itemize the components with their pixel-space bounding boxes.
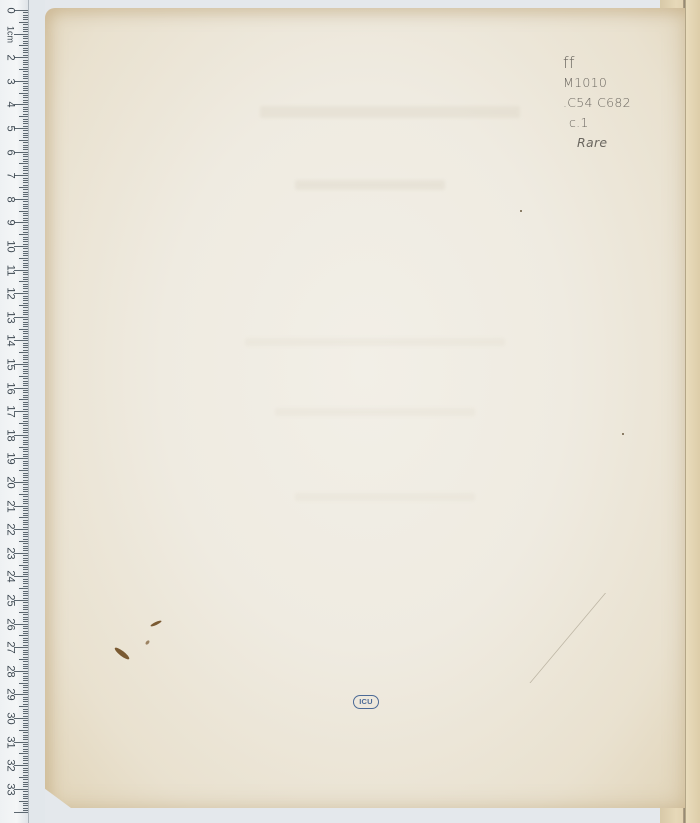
ruler-tick	[23, 156, 28, 157]
ruler-tick	[23, 572, 28, 573]
ruler-tick	[23, 149, 28, 150]
ruler-tick	[23, 277, 28, 278]
ruler-tick	[23, 550, 28, 551]
ruler-tick	[23, 583, 28, 584]
ruler-tick	[23, 444, 28, 445]
ruler-tick	[23, 791, 28, 792]
ruler-tick	[19, 423, 28, 424]
ruler-tick	[23, 609, 28, 610]
ruler-tick	[23, 692, 28, 693]
ruler-label: 20	[5, 474, 16, 492]
ruler-tick	[23, 440, 28, 441]
ruler-tick	[23, 185, 28, 186]
ruler-tick	[23, 560, 28, 561]
ruler-tick	[23, 461, 28, 462]
ruler-tick	[23, 347, 28, 348]
ruler-tick	[23, 513, 28, 514]
ruler-tick	[23, 52, 28, 53]
ruler-tick	[23, 310, 28, 311]
ruler-tick	[23, 574, 28, 575]
ruler-tick	[23, 711, 28, 712]
ruler-tick	[23, 704, 28, 705]
ruler-tick	[23, 491, 28, 492]
ruler-tick	[19, 399, 28, 400]
ruler-tick	[23, 437, 28, 438]
ruler-tick	[23, 520, 28, 521]
ruler-tick	[19, 93, 28, 94]
ruler-tick	[23, 650, 28, 651]
ruler-tick	[23, 454, 28, 455]
ruler-label: 33	[5, 780, 16, 798]
ruler-tick	[23, 362, 28, 363]
ruler-tick	[23, 397, 28, 398]
ruler-tick	[23, 263, 28, 264]
ruler-tick	[23, 569, 28, 570]
scan-background	[29, 0, 45, 823]
ruler-label: 4	[5, 96, 16, 114]
ruler-tick	[23, 409, 28, 410]
ruler-tick	[23, 720, 28, 721]
ruler-tick	[23, 123, 28, 124]
handwritten-call-number: ff M1010 .C54 C682 c.1 Rare	[563, 53, 673, 153]
ruler-label: 19	[5, 450, 16, 468]
ruler-tick	[19, 69, 28, 70]
ruler-tick	[23, 208, 28, 209]
ruler-tick	[23, 114, 28, 115]
ruler-tick	[23, 602, 28, 603]
ruler-tick	[23, 29, 28, 30]
ruler-label: 15	[5, 356, 16, 374]
ruler-label: 26	[5, 615, 16, 633]
ruler-tick	[23, 64, 28, 65]
ruler-label: 10	[5, 238, 16, 256]
ruler-tick	[19, 140, 28, 141]
ruler-label: 14	[5, 332, 16, 350]
ruler-tick	[23, 416, 28, 417]
ruler-tick	[23, 126, 28, 127]
ruler-tick	[23, 628, 28, 629]
ruler-tick	[23, 260, 28, 261]
ruler-label: 31	[5, 733, 16, 751]
ruler-tick	[23, 255, 28, 256]
ruler-tick	[23, 749, 28, 750]
ruler-tick	[23, 642, 28, 643]
ruler-tick	[23, 279, 28, 280]
ruler-tick	[23, 248, 28, 249]
ruler-tick	[23, 735, 28, 736]
ruler-tick	[23, 633, 28, 634]
ruler-tick	[23, 430, 28, 431]
ruler-tick	[23, 456, 28, 457]
ruler-tick	[23, 779, 28, 780]
ruler-tick	[23, 36, 28, 37]
ruler-tick	[19, 777, 28, 778]
ruler-tick	[23, 499, 28, 500]
ruler-tick	[23, 204, 28, 205]
ruler-tick	[23, 201, 28, 202]
ruler-tick	[23, 770, 28, 771]
ruler-tick	[23, 196, 28, 197]
ruler-tick	[23, 515, 28, 516]
ruler-tick	[23, 303, 28, 304]
ruler-label: 32	[5, 757, 16, 775]
ruler-tick	[23, 676, 28, 677]
ruler-tick	[23, 213, 28, 214]
ruler-tick	[23, 678, 28, 679]
ruler-tick	[19, 730, 28, 731]
ruler-tick	[23, 737, 28, 738]
ruler-tick	[23, 336, 28, 337]
ruler-tick	[23, 567, 28, 568]
ruler-tick	[23, 296, 28, 297]
ruler-tick	[23, 133, 28, 134]
ruler-tick	[19, 234, 28, 235]
ruler-tick	[23, 331, 28, 332]
ruler-tick	[23, 267, 28, 268]
ruler-label: 17	[5, 403, 16, 421]
ruler-tick	[23, 390, 28, 391]
show-through-title	[260, 106, 520, 118]
library-stamp: ICU	[353, 695, 379, 709]
ruler-tick	[23, 591, 28, 592]
ruler-tick	[23, 109, 28, 110]
ruler-tick	[23, 237, 28, 238]
ruler-tick	[23, 322, 28, 323]
ruler-tick	[23, 607, 28, 608]
ruler-tick	[19, 22, 28, 23]
ruler-tick	[23, 378, 28, 379]
ruler-tick	[19, 565, 28, 566]
ruler-tick	[19, 635, 28, 636]
ruler-tick	[19, 352, 28, 353]
ruler-tick	[19, 163, 28, 164]
ruler-tick	[23, 43, 28, 44]
ruler-tick	[23, 272, 28, 273]
ruler-tick	[23, 442, 28, 443]
ruler-tick	[23, 314, 28, 315]
ruler-tick	[23, 76, 28, 77]
ruler-tick	[23, 324, 28, 325]
ruler-label: 23	[5, 544, 16, 562]
ruler-tick	[19, 517, 28, 518]
ruler-tick	[23, 357, 28, 358]
ruler-tick	[23, 119, 28, 120]
ruler-tick	[23, 71, 28, 72]
ruler-tick	[23, 229, 28, 230]
ruler-label: 25	[5, 592, 16, 610]
ruler-tick	[23, 716, 28, 717]
ruler-tick	[23, 756, 28, 757]
ruler-tick	[19, 447, 28, 448]
ruler-tick	[23, 170, 28, 171]
ruler-tick	[23, 67, 28, 68]
ruler-tick	[23, 74, 28, 75]
ruler-tick	[23, 19, 28, 20]
ruler-tick	[23, 218, 28, 219]
ruler-label: 22	[5, 521, 16, 539]
ruler-tick	[23, 371, 28, 372]
ruler-tick	[19, 588, 28, 589]
ruler-tick	[23, 451, 28, 452]
ruler-tick	[23, 88, 28, 89]
ruler-tick	[23, 15, 28, 16]
ruler-tick	[23, 605, 28, 606]
ruler-tick	[23, 350, 28, 351]
ruler-tick	[23, 432, 28, 433]
ruler-tick	[23, 763, 28, 764]
ruler-tick	[23, 135, 28, 136]
ruler-tick	[23, 725, 28, 726]
ruler-tick	[23, 48, 28, 49]
ruler-tick	[23, 369, 28, 370]
ruler-tick	[23, 796, 28, 797]
ruler-label: 30	[5, 710, 16, 728]
ruler-tick	[23, 508, 28, 509]
ruler-tick	[23, 621, 28, 622]
ruler-tick	[19, 116, 28, 117]
ruler-tick	[23, 326, 28, 327]
ruler-tick	[23, 239, 28, 240]
ruler-tick	[23, 17, 28, 18]
ruler-tick	[23, 501, 28, 502]
ruler-tick	[23, 373, 28, 374]
show-through-line	[245, 338, 505, 346]
measurement-ruler: 01cm234567891011121314151617181920212223…	[0, 0, 29, 823]
ruler-tick	[23, 166, 28, 167]
ruler-tick	[23, 333, 28, 334]
ruler-tick	[23, 168, 28, 169]
call-number-line: c.1	[563, 113, 673, 133]
ruler-tick	[23, 251, 28, 252]
ruler-tick	[23, 12, 28, 13]
ruler-tick	[23, 130, 28, 131]
ruler-tick	[23, 31, 28, 32]
ruler-tick	[23, 274, 28, 275]
ruler-tick	[23, 680, 28, 681]
ruler-tick	[23, 657, 28, 658]
ruler-tick	[23, 465, 28, 466]
ruler-tick	[23, 614, 28, 615]
ruler-tick	[19, 801, 28, 802]
ruler-tick	[19, 45, 28, 46]
ruler-tick	[23, 687, 28, 688]
ruler-tick	[23, 524, 28, 525]
ruler-tick	[23, 147, 28, 148]
ruler-tick	[23, 654, 28, 655]
ruler-tick	[23, 463, 28, 464]
ruler-tick	[23, 522, 28, 523]
ruler-tick	[19, 706, 28, 707]
ruler-tick	[14, 34, 28, 35]
ruler-tick	[23, 581, 28, 582]
ruler-tick	[23, 189, 28, 190]
ruler-tick	[23, 732, 28, 733]
ruler-tick	[19, 305, 28, 306]
ruler-tick	[19, 211, 28, 212]
ruler-tick	[23, 709, 28, 710]
ruler-tick	[23, 62, 28, 63]
ruler-tick	[23, 78, 28, 79]
ruler-label: 16	[5, 379, 16, 397]
ruler-tick	[23, 697, 28, 698]
ruler-tick	[23, 55, 28, 56]
ruler-tick	[23, 640, 28, 641]
ruler-tick	[23, 312, 28, 313]
ruler-tick	[23, 489, 28, 490]
ruler-tick	[23, 60, 28, 61]
ruler-label: 8	[5, 190, 16, 208]
ruler-tick	[23, 154, 28, 155]
ruler-tick	[23, 421, 28, 422]
ruler-tick	[23, 343, 28, 344]
ruler-label: 3	[5, 72, 16, 90]
ruler-tick	[23, 510, 28, 511]
ruler-tick	[23, 782, 28, 783]
ruler-tick	[23, 751, 28, 752]
ruler-tick	[19, 376, 28, 377]
ruler-tick	[23, 685, 28, 686]
ruler-tick	[23, 668, 28, 669]
ruler-tick	[23, 86, 28, 87]
ruler-tick	[23, 83, 28, 84]
ruler-tick	[23, 503, 28, 504]
ruler-tick	[23, 775, 28, 776]
ruler-tick	[23, 395, 28, 396]
ruler-tick	[23, 418, 28, 419]
ruler-tick	[23, 404, 28, 405]
ruler-tick	[23, 38, 28, 39]
ruler-tick	[23, 345, 28, 346]
ruler-tick	[19, 659, 28, 660]
ruler-tick	[23, 449, 28, 450]
ruler-tick	[23, 593, 28, 594]
ruler-tick	[19, 329, 28, 330]
ruler-tick	[23, 291, 28, 292]
call-number-line: ff	[563, 53, 673, 73]
ruler-tick	[23, 107, 28, 108]
ruler-tick	[19, 612, 28, 613]
ruler-tick	[19, 753, 28, 754]
speck	[520, 210, 522, 212]
back-page-stack-right	[686, 0, 700, 823]
ruler-tick	[23, 102, 28, 103]
ruler-label: 11	[5, 261, 16, 279]
ruler-tick	[23, 645, 28, 646]
ruler-label: 7	[5, 167, 16, 185]
ruler-tick	[23, 392, 28, 393]
ruler-tick	[23, 194, 28, 195]
ruler-tick	[23, 586, 28, 587]
ruler-tick	[23, 805, 28, 806]
ruler-tick	[23, 475, 28, 476]
ruler-tick	[23, 619, 28, 620]
ruler-tick	[23, 626, 28, 627]
ruler-label: 6	[5, 143, 16, 161]
ruler-tick	[23, 713, 28, 714]
ruler-tick	[23, 772, 28, 773]
ruler-tick	[23, 666, 28, 667]
ruler-tick	[23, 428, 28, 429]
ruler-tick	[23, 598, 28, 599]
ruler-tick	[23, 244, 28, 245]
ruler-tick	[23, 24, 28, 25]
show-through-line	[275, 408, 475, 416]
ruler-label: 5	[5, 120, 16, 138]
ruler-tick	[23, 359, 28, 360]
ruler-tick	[23, 307, 28, 308]
ruler-tick	[23, 534, 28, 535]
ruler-tick	[23, 182, 28, 183]
ruler-label: 29	[5, 686, 16, 704]
ruler-tick	[23, 232, 28, 233]
ruler-tick	[23, 406, 28, 407]
ruler-tick	[23, 206, 28, 207]
ruler-tick	[23, 760, 28, 761]
ruler-label: 1cm	[5, 25, 16, 43]
ruler-tick	[23, 532, 28, 533]
ruler-tick	[23, 744, 28, 745]
ruler-tick	[23, 701, 28, 702]
ruler-tick	[23, 402, 28, 403]
ruler-tick	[23, 617, 28, 618]
ruler-tick	[23, 142, 28, 143]
ruler-label: 28	[5, 662, 16, 680]
ruler-tick	[23, 794, 28, 795]
ruler-tick	[23, 145, 28, 146]
ruler-tick	[23, 41, 28, 42]
ruler-label: 2	[5, 49, 16, 67]
ruler-tick	[23, 786, 28, 787]
ruler-tick	[23, 579, 28, 580]
ruler-tick	[23, 631, 28, 632]
call-number-line: .C54 C682	[563, 93, 673, 113]
ruler-tick	[23, 288, 28, 289]
ruler-tick	[23, 487, 28, 488]
ruler-tick	[23, 192, 28, 193]
ruler-tick	[23, 50, 28, 51]
ruler-tick	[19, 470, 28, 471]
ruler-tick	[23, 468, 28, 469]
ruler-tick	[23, 100, 28, 101]
ruler-label: 13	[5, 308, 16, 326]
ruler-tick	[23, 173, 28, 174]
ruler-tick	[19, 494, 28, 495]
ruler-tick	[23, 562, 28, 563]
ruler-tick	[23, 27, 28, 28]
ruler-tick	[23, 220, 28, 221]
ruler-tick	[14, 812, 28, 813]
ruler-tick	[23, 496, 28, 497]
ruler-tick	[23, 484, 28, 485]
ruler-tick	[23, 768, 28, 769]
ruler-tick	[23, 97, 28, 98]
ruler-tick	[23, 111, 28, 112]
ruler-tick	[23, 159, 28, 160]
ruler-tick	[23, 265, 28, 266]
ruler-tick	[23, 284, 28, 285]
ruler-tick	[23, 543, 28, 544]
ruler-tick	[23, 546, 28, 547]
ruler-tick	[23, 539, 28, 540]
ruler-tick	[23, 723, 28, 724]
ruler-tick	[23, 555, 28, 556]
ruler-tick	[23, 810, 28, 811]
ruler-tick	[23, 414, 28, 415]
ruler-tick	[23, 161, 28, 162]
ruler-tick	[23, 595, 28, 596]
ruler-tick	[23, 699, 28, 700]
ruler-tick	[23, 298, 28, 299]
